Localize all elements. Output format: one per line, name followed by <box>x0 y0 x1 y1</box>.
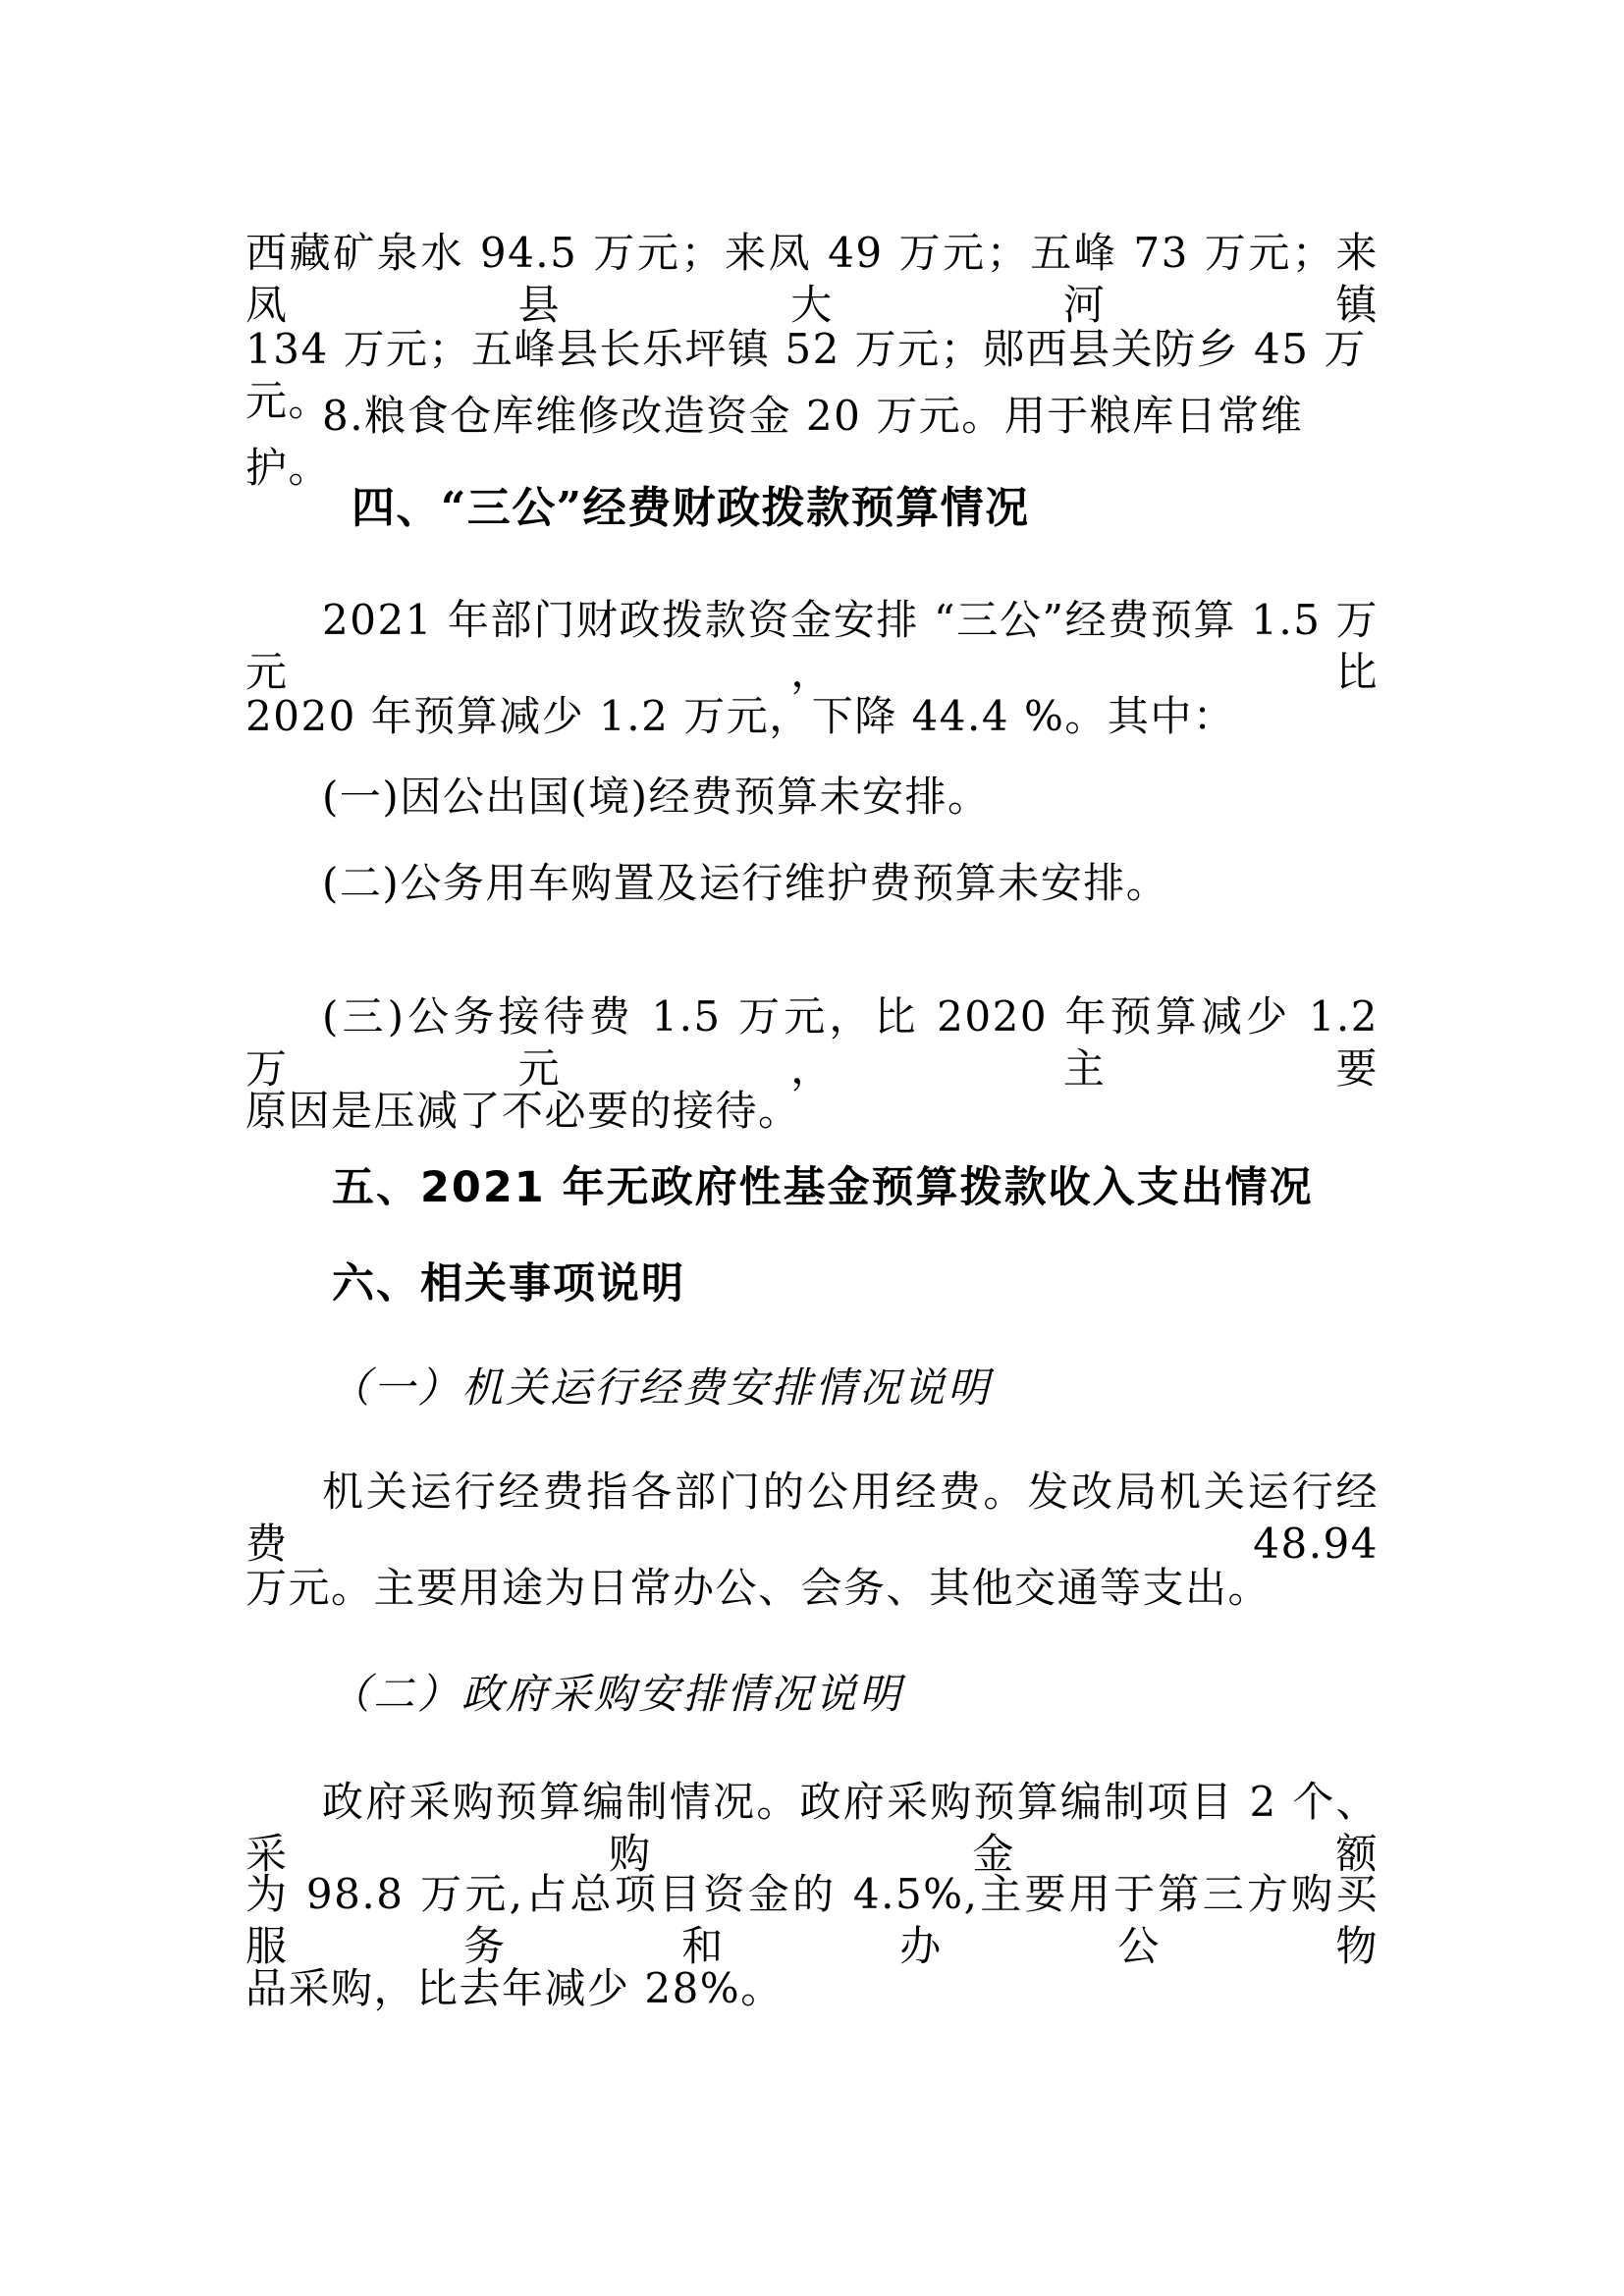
list-item-er: (二)公务用车购置及运行维护费预算未安排。 <box>245 858 1379 910</box>
list-item-yi: (一)因公出国(境)经费预算未安排。 <box>245 772 1379 824</box>
para-caigou-line-3: 品采购，比去年减少 28%。 <box>245 1963 1379 2015</box>
para-sangong-line-2: 2020 年预算减少 1.2 万元，下降 44.4 %。其中： <box>245 691 1379 743</box>
list-item-8: 8.粮食仓库维修改造资金 20 万元。用于粮库日常维护。 <box>245 391 1379 494</box>
sub-heading-1: （一）机关运行经费安排情况说明 <box>245 1362 1379 1415</box>
section-heading-4: 四、“三公”经费财政拨款预算情况 <box>245 481 1379 535</box>
list-item-san-line-2: 原因是压减了不必要的接待。 <box>245 1086 1379 1138</box>
section-heading-6: 六、相关事项说明 <box>245 1258 1379 1311</box>
para-jiguan-line-2: 万元。主要用途为日常办公、会务、其他交通等支出。 <box>245 1563 1379 1615</box>
list-item-san-line-1: (三)公务接待费 1.5 万元，比 2020 年预算减少 1.2 万元，主要 <box>245 991 1379 1095</box>
sub-heading-2: （二）政府采购安排情况说明 <box>245 1669 1379 1721</box>
section-heading-5: 五、2021 年无政府性基金预算拨款收入支出情况 <box>245 1162 1379 1215</box>
document-page: 西藏矿泉水 94.5 万元；来凤 49 万元；五峰 73 万元；来凤县大河镇 1… <box>0 0 1624 2296</box>
para-caigou-line-2: 为 98.8 万元,占总项目资金的 4.5%,主要用于第三方购买服务和办公物 <box>245 1869 1379 1972</box>
para-caigou-line-1: 政府采购预算编制情况。政府采购预算编制项目 2 个、采购金额 <box>245 1777 1379 1880</box>
para-jiguan-line-1: 机关运行经费指各部门的公用经费。发改局机关运行经费 48.94 <box>245 1467 1379 1570</box>
para-subsidy-line-1: 西藏矿泉水 94.5 万元；来凤 49 万元；五峰 73 万元；来凤县大河镇 <box>245 228 1379 331</box>
para-sangong-line-1: 2021 年部门财政拨款资金安排 “三公”经费预算 1.5 万元，比 <box>245 595 1379 698</box>
